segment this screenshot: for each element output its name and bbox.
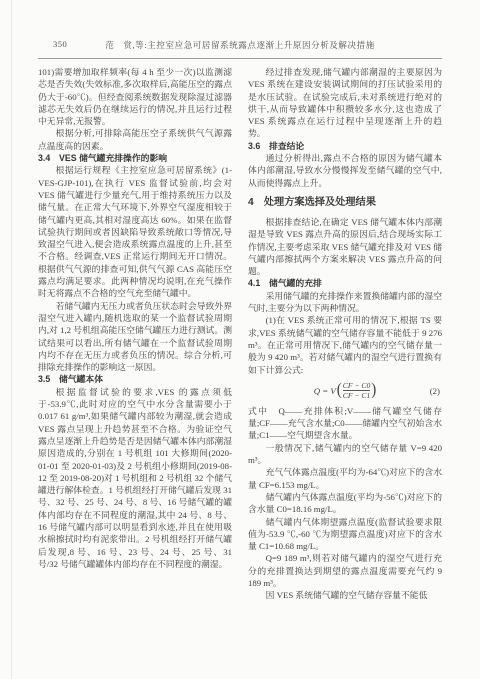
page-header: 350 范 赏,等:主控室应急可居留系统露点逐渐上升原因分析及解决措施 bbox=[38, 39, 442, 52]
paragraph: 储气罐内气体露点温度(平均为-56℃)对应下的含水量 C0=18.16 mg/L… bbox=[248, 491, 442, 516]
left-column: 101)需要增加取样频率(每 4 h 至少一次)以监测滤芯是否失效(失效标准,多… bbox=[38, 66, 232, 602]
fraction-numerator: CF − C0 bbox=[343, 381, 371, 391]
paragraph: 根据分析,可排除高能压空子系统供气气源露点温度高的因素。 bbox=[38, 127, 232, 152]
fraction-denominator: CF − C1 bbox=[343, 390, 371, 401]
equation: Q = V(CF − C0CF − C1)(2) bbox=[248, 381, 442, 401]
paragraph: 根据监督试验的要求,VES 的露点须低于-53.9℃,此时对应的空气中水分含量需… bbox=[38, 386, 232, 570]
paragraph: 储气罐内气体期望露点温度(监督试验要求限值为-53.9 ℃,-60 ℃为期望露点… bbox=[248, 516, 442, 553]
paragraph: 经过排查发现,储气罐内部潮湿的主要原因为 VES 系统在建设安装调试期间的打压试… bbox=[248, 66, 442, 140]
subsection-heading: 4.1 储气罐的充排 bbox=[248, 277, 442, 289]
paragraph: 因 VES 系统储气罐的空气储存容量不能低 bbox=[248, 589, 442, 601]
text-columns: 101)需要增加取样频率(每 4 h 至少一次)以监测滤芯是否失效(失效标准,多… bbox=[38, 66, 442, 602]
right-column: 经过排查发现,储气罐内部潮湿的主要原因为 VES 系统在建设安装调试期间的打压试… bbox=[248, 66, 442, 602]
running-title: 范 赏,等:主控室应急可居留系统露点逐渐上升原因分析及解决措施 bbox=[78, 39, 402, 51]
paragraph: 若储气罐内无压力或者负压状态时会导致外界湿空气进入罐内,随机选取的某一个监督试验… bbox=[38, 300, 232, 374]
paragraph: 充气气体露点温度(平均为-64℃)对应下的含水量 CF=6.153 mg/L。 bbox=[248, 466, 442, 491]
equation-number: (2) bbox=[430, 385, 440, 397]
close-paren: ) bbox=[371, 382, 376, 399]
subsection-heading: 3.5 储气罐本体 bbox=[38, 373, 232, 385]
paragraph: (1)在 VES 系统正常可用的情况下,根据 TS 要求,VES 系统储气罐的空… bbox=[248, 314, 442, 375]
paragraph: 根据排查结论,在确定 VES 储气罐本体内部潮湿是导致 VES 露点升高的原因后… bbox=[248, 216, 442, 277]
subsection-heading: 3.6 排查结论 bbox=[248, 140, 442, 152]
fraction: CF − C0CF − C1 bbox=[343, 381, 371, 401]
paragraph: 通过分析得出,露点不合格的原因为储气罐本体内部潮湿,导致水分慢慢挥发至储气罐的空… bbox=[248, 152, 442, 189]
page-number: 350 bbox=[53, 39, 67, 49]
paper-page: 350 范 赏,等:主控室应急可居留系统露点逐渐上升原因分析及解决措施 101)… bbox=[0, 0, 480, 679]
paragraph: 101)需要增加取样频率(每 4 h 至少一次)以监测滤芯是否失效(失效标准,多… bbox=[38, 66, 232, 127]
paragraph: Q=9 189 m³,则若对储气罐内的湿空气进行充分的充排置换达到期望的露点温度… bbox=[248, 552, 442, 589]
section-heading: 4 处理方案选择及处理结果 bbox=[248, 197, 442, 209]
subsection-heading: 3.4 VES 储气罐充排操作的影响 bbox=[38, 152, 232, 164]
scan-edge-line bbox=[11, 0, 12, 679]
paragraph: 式中 Q——充排体积;V——储气罐空气储存量;CF——充气含水量;C0——储罐内… bbox=[248, 405, 442, 442]
equation-lhs: Q = V bbox=[314, 385, 336, 397]
header-rule bbox=[38, 58, 442, 59]
paragraph: 根据运行规程《主控室应急可居留系统》(1-VES-GJP-101),在执行 VE… bbox=[38, 164, 232, 299]
paragraph: 一般情况下,储气罐内的空气储存量 V=9 420 m³。 bbox=[248, 442, 442, 467]
open-paren: ( bbox=[337, 382, 342, 399]
paragraph: 采用储气罐的充排操作来置换储罐内部的湿空气时,主要分为以下两种情况。 bbox=[248, 290, 442, 315]
